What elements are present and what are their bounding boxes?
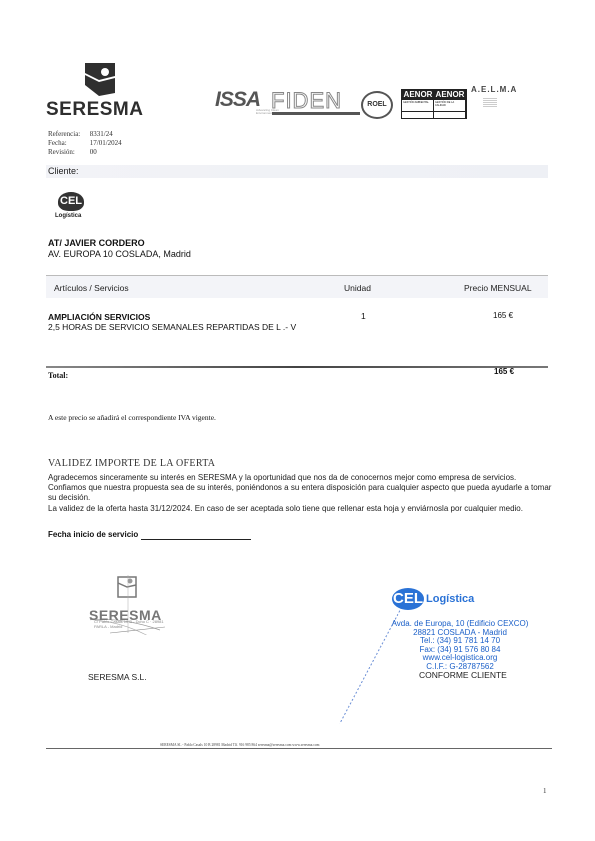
iva-note: A este precio se añadirá el correspondie… bbox=[48, 413, 216, 422]
seresma-logo-icon bbox=[85, 63, 115, 96]
aelma-logo-mark bbox=[483, 98, 497, 108]
validity-title: VALIDEZ IMPORTE DE LA OFERTA bbox=[48, 458, 215, 469]
client-attention: AT/ JAVIER CORDERO bbox=[48, 238, 145, 248]
client-section-bar bbox=[46, 165, 548, 178]
item-title: AMPLIACIÓN SERVICIOS bbox=[48, 312, 150, 322]
item-unit: 1 bbox=[361, 311, 366, 321]
roel-logo: ROEL bbox=[361, 91, 393, 119]
revision-line: Revisión: 00 bbox=[48, 148, 97, 156]
fiden-logo: FIDEN bbox=[271, 88, 342, 114]
reference-label: Referencia: bbox=[48, 130, 88, 138]
cel-stamp-badge: CEL bbox=[392, 588, 424, 610]
validity-paragraph-2: La validez de la oferta hasta 31/12/2024… bbox=[48, 504, 554, 514]
column-header-items: Artículos / Servicios bbox=[54, 283, 129, 293]
issa-logo: ISSA bbox=[215, 88, 260, 112]
client-signature-label: CONFORME CLIENTE bbox=[419, 670, 507, 680]
cel-stamp-logo: CELLogística bbox=[392, 588, 474, 610]
cel-stamp-subtitle: Logística bbox=[426, 593, 474, 605]
start-date-blank bbox=[141, 530, 251, 540]
reference-value: 8331/24 bbox=[90, 130, 113, 138]
start-date-field: Fecha inicio de servicio bbox=[48, 530, 251, 540]
cel-logo-badge: CEL bbox=[58, 192, 84, 211]
revision-value: 00 bbox=[90, 148, 97, 156]
seresma-signature-label: SERESMA S.L. bbox=[88, 672, 147, 682]
client-address: AV. EUROPA 10 COSLADA, Madrid bbox=[48, 249, 191, 259]
validity-paragraph-1: Agradecemos sinceramente su interés en S… bbox=[48, 473, 554, 504]
cel-logo-subtitle: Logística bbox=[55, 213, 84, 219]
revision-label: Revisión: bbox=[48, 148, 88, 156]
aenor-left-sub: GESTIÓN AMBIENTAL bbox=[402, 100, 434, 111]
page-number: 1 bbox=[543, 787, 547, 795]
aenor-left-label: AENOR bbox=[404, 90, 433, 100]
date-value: 17/01/2024 bbox=[90, 139, 122, 147]
column-header-price: Precio MENSUAL bbox=[464, 283, 532, 293]
client-section-label: Cliente: bbox=[48, 166, 79, 176]
validity-body: Agradecemos sinceramente su interés en S… bbox=[48, 473, 554, 514]
company-logo-text: SERESMA bbox=[46, 99, 143, 121]
date-label: Fecha: bbox=[48, 139, 88, 147]
total-value: 165 € bbox=[494, 367, 514, 376]
client-logo: CEL Logística bbox=[58, 192, 84, 219]
total-divider bbox=[46, 366, 548, 368]
cel-stamp-lines: Avda. de Europa, 10 (Edificio CEXCO) 288… bbox=[385, 620, 535, 671]
footer-divider bbox=[46, 748, 552, 749]
start-date-label: Fecha inicio de servicio bbox=[48, 530, 138, 539]
reference-line: Referencia: 8331/24 bbox=[48, 130, 113, 138]
total-label: Total: bbox=[48, 371, 68, 380]
aenor-right-sub: GESTIÓN DE LA CALIDAD bbox=[434, 100, 466, 111]
aenor-logo: AENOR AENOR GESTIÓN AMBIENTAL GESTIÓN DE… bbox=[401, 89, 467, 119]
item-description: 2,5 HORAS DE SERVICIO SEMANALES REPARTID… bbox=[48, 322, 296, 332]
aelma-logo: A.E.L.M.A bbox=[471, 85, 517, 94]
column-header-unit: Unidad bbox=[344, 283, 371, 293]
date-line: Fecha: 17/01/2024 bbox=[48, 139, 122, 147]
footer-text: SERESMA SL - Pablo Casals 10 B 28981 Mad… bbox=[160, 743, 319, 747]
item-price: 165 € bbox=[493, 311, 513, 320]
seresma-stamp-address: C/ Pablo Casals 10 B - Dcho C · 28981 PA… bbox=[94, 619, 164, 629]
aenor-right-label: AENOR bbox=[436, 90, 465, 100]
fiden-logo-bar bbox=[272, 112, 360, 115]
